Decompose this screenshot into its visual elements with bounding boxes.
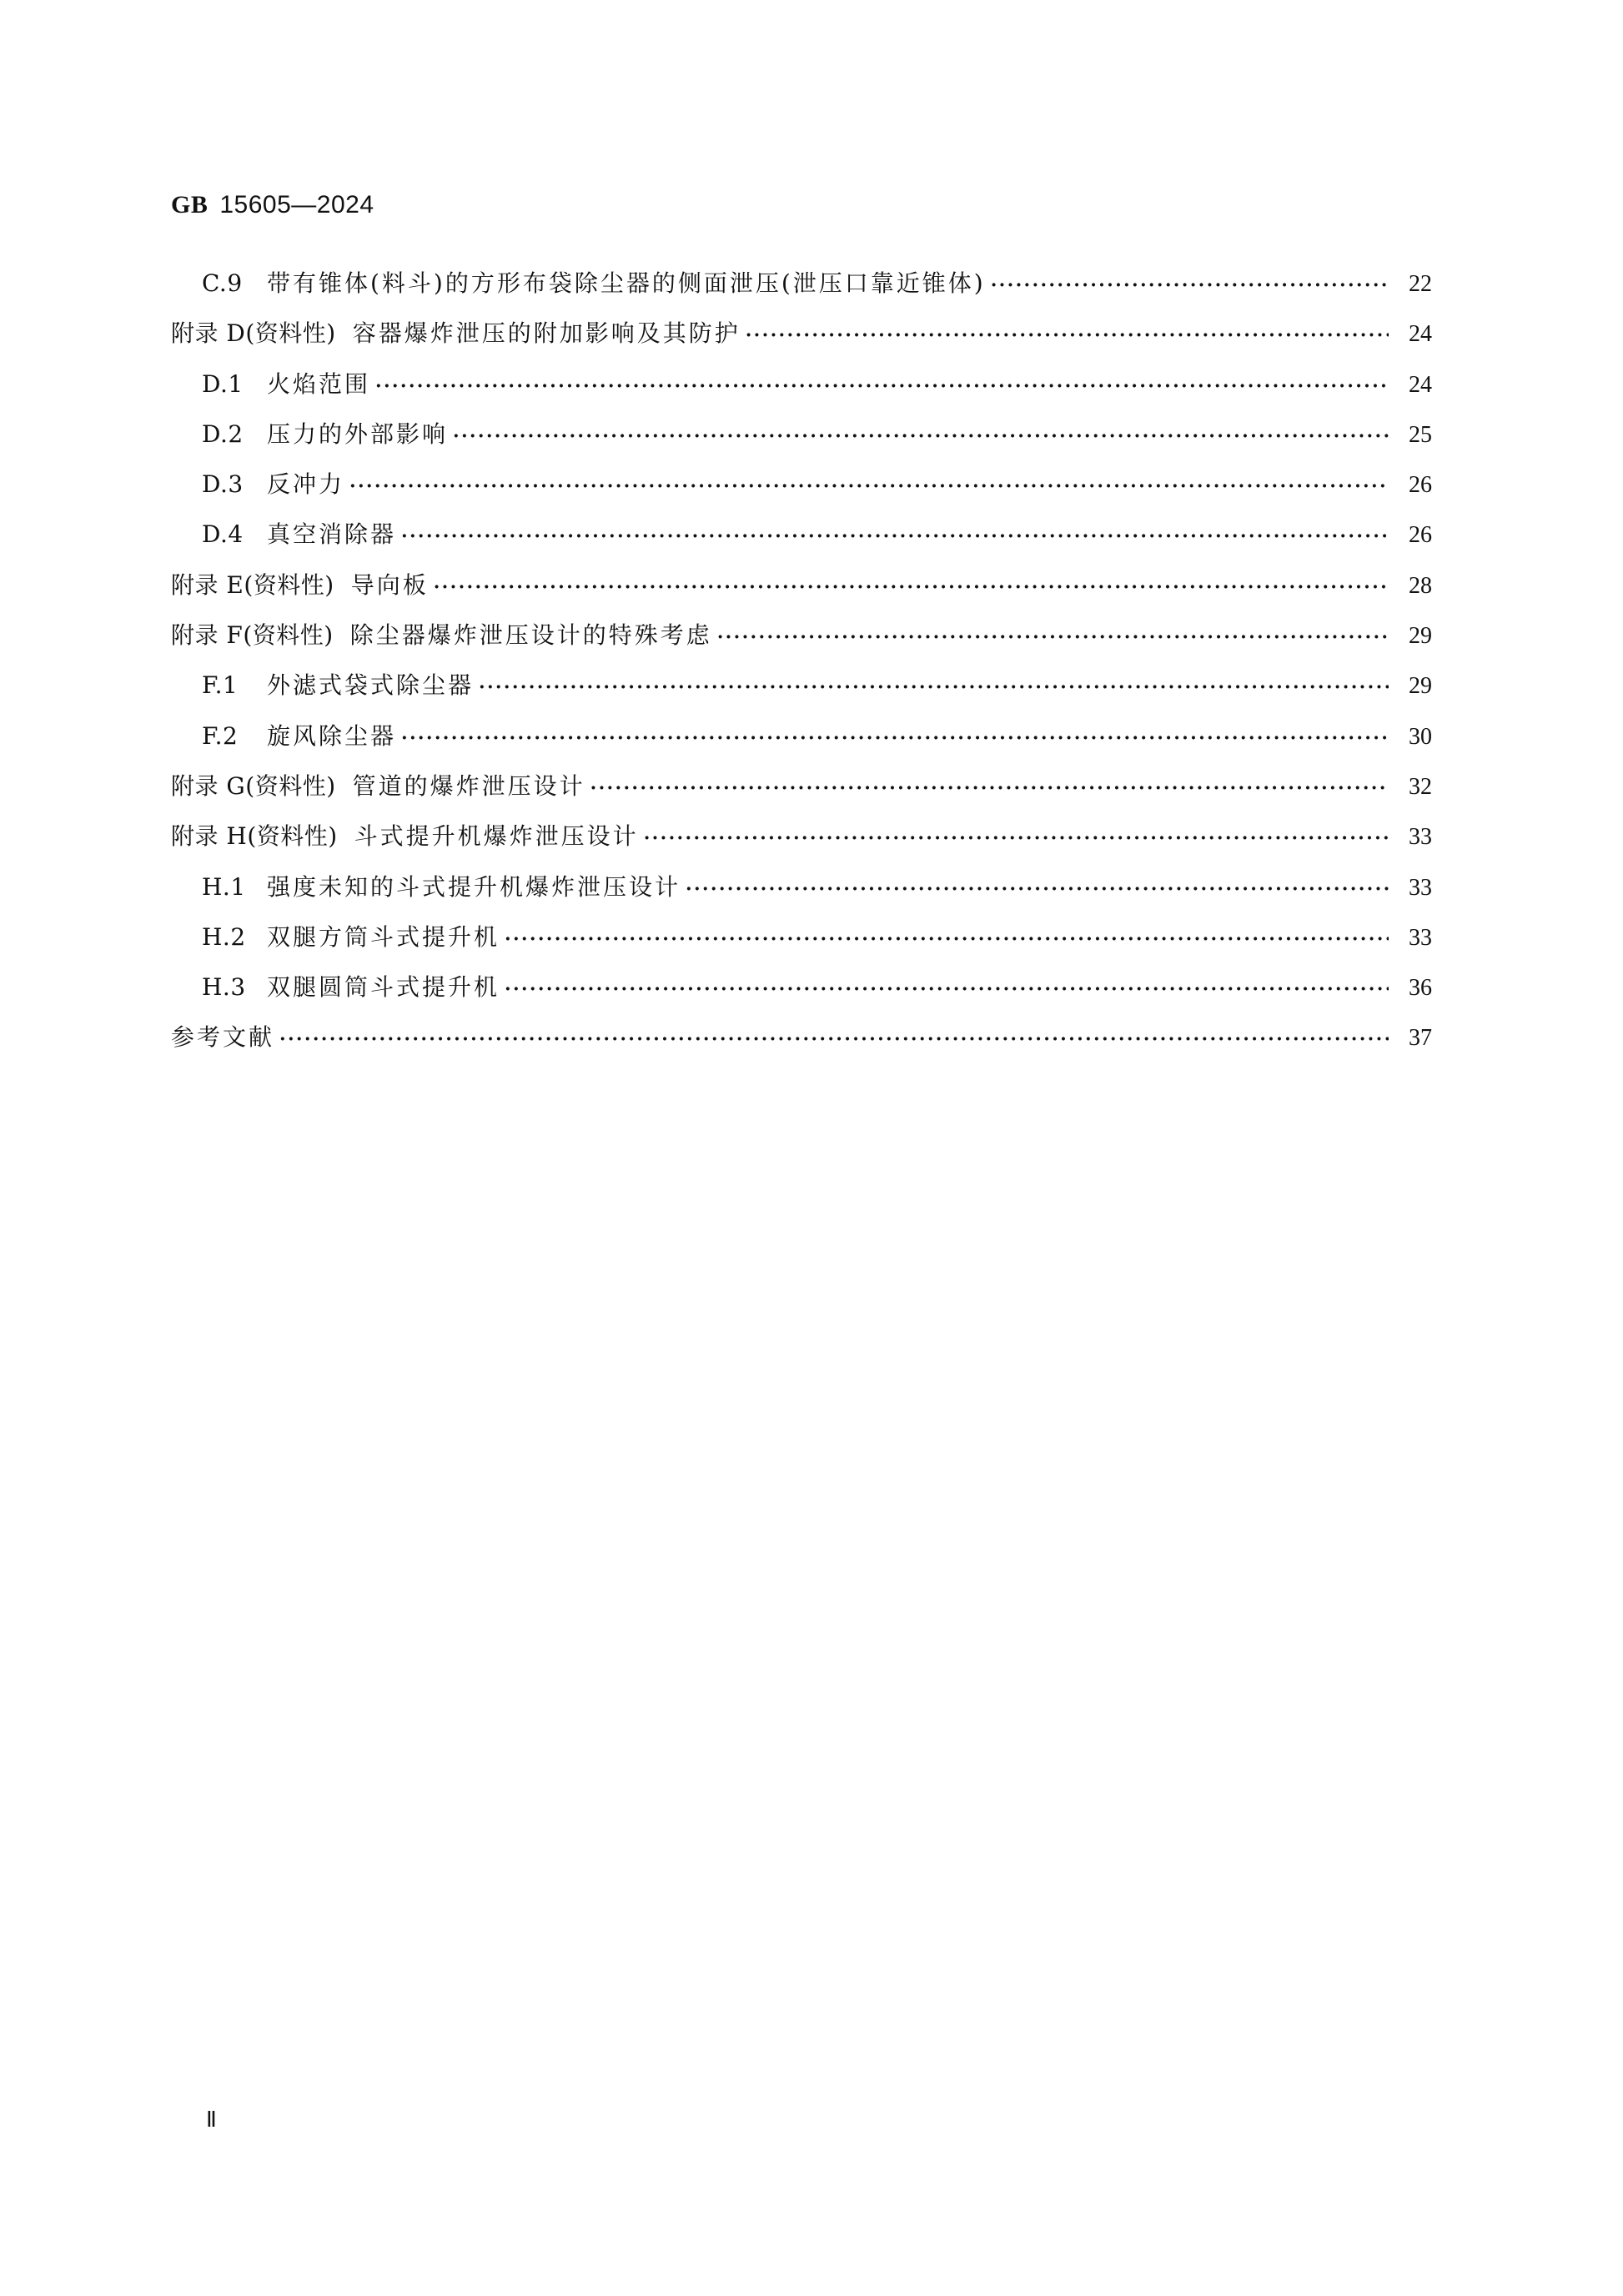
toc-entry-page: 33 (1399, 816, 1432, 858)
toc-entry[interactable]: 附录 D(资料性) 容器爆炸泄压的附加影响及其防护 24 (171, 313, 1432, 363)
toc-entry-page: 24 (1399, 364, 1432, 406)
toc-entry-page: 37 (1399, 1017, 1432, 1059)
toc-entry-title: 双腿圆筒斗式提升机 (267, 967, 500, 1008)
toc-entry-code: H.2 (202, 917, 267, 958)
toc-entry-page: 24 (1399, 314, 1432, 355)
toc-entry-code: 附录 E(资料性) (171, 565, 334, 606)
toc-entry-code: 附录 D(资料性) (171, 313, 336, 354)
standard-number: 15605—2024 (219, 191, 374, 219)
toc-entry[interactable]: 附录 H(资料性) 斗式提升机爆炸泄压设计 33 (171, 816, 1432, 866)
toc-entry-title: 双腿方筒斗式提升机 (267, 917, 500, 958)
dot-leader (401, 717, 1389, 759)
toc-entry-page: 22 (1399, 264, 1432, 305)
dot-leader (479, 666, 1389, 708)
page-number-footer: Ⅱ (206, 2108, 217, 2133)
toc-entry-code: D.3 (202, 464, 267, 505)
dot-leader (644, 817, 1389, 859)
toc-entry-page: 26 (1399, 465, 1432, 506)
toc-entry-code: C.9 (202, 263, 267, 304)
toc-entry-code: D.1 (202, 364, 267, 405)
toc-entry[interactable]: C.9 带有锥体(料斗)的方形布袋除尘器的侧面泄压(泄压口靠近锥体) 22 (171, 263, 1432, 313)
toc-entry-code: H.3 (202, 967, 267, 1008)
dot-leader (590, 767, 1389, 809)
toc-entry-title: 斗式提升机爆炸泄压设计 (354, 816, 639, 857)
toc-entry-code: F.2 (202, 716, 267, 757)
toc-entry-code: 附录 G(资料性) (171, 766, 336, 807)
toc-entry-page: 25 (1399, 414, 1432, 456)
toc-entry[interactable]: H.1 强度未知的斗式提升机爆炸泄压设计 33 (171, 867, 1432, 917)
toc-entry-title: 外滤式袋式除尘器 (267, 665, 474, 706)
toc-entry-page: 26 (1399, 515, 1432, 556)
dot-leader (505, 918, 1389, 960)
toc-entry-code: 附录 H(资料性) (171, 816, 338, 857)
toc-entry-page: 29 (1399, 615, 1432, 657)
toc-entry-code: D.4 (202, 514, 267, 555)
toc-entry-title: 参考文献 (171, 1017, 274, 1058)
toc-entry[interactable]: H.3 双腿圆筒斗式提升机 36 (171, 967, 1432, 1017)
dot-leader (686, 868, 1389, 910)
toc-entry-title: 压力的外部影响 (267, 414, 448, 455)
toc-entry-code: D.2 (202, 414, 267, 455)
toc-entry[interactable]: D.3 反冲力 26 (171, 464, 1432, 514)
dot-leader (746, 314, 1389, 356)
toc-entry-code: F.1 (202, 665, 267, 706)
table-of-contents: C.9 带有锥体(料斗)的方形布袋除尘器的侧面泄压(泄压口靠近锥体) 22 附录… (171, 263, 1432, 1068)
toc-entry-title: 旋风除尘器 (267, 716, 396, 757)
toc-entry-page: 30 (1399, 716, 1432, 758)
toc-entry-page: 29 (1399, 666, 1432, 707)
dot-leader (717, 616, 1389, 658)
toc-entry-page: 28 (1399, 565, 1432, 607)
dot-leader (349, 465, 1389, 507)
toc-entry[interactable]: D.2 压力的外部影响 25 (171, 414, 1432, 464)
toc-entry[interactable]: F.1 外滤式袋式除尘器 29 (171, 665, 1432, 715)
toc-entry-references[interactable]: 参考文献 37 (171, 1017, 1432, 1067)
dot-leader (401, 515, 1389, 557)
toc-entry-page: 33 (1399, 917, 1432, 959)
toc-entry-title: 真空消除器 (267, 514, 396, 555)
toc-entry-title: 管道的爆炸泄压设计 (353, 766, 585, 807)
toc-entry[interactable]: H.2 双腿方筒斗式提升机 33 (171, 917, 1432, 967)
toc-entry[interactable]: D.1 火焰范围 24 (171, 364, 1432, 414)
dot-leader (505, 968, 1389, 1010)
dot-leader (434, 566, 1389, 608)
toc-entry-page: 36 (1399, 967, 1432, 1009)
toc-entry-title: 火焰范围 (267, 364, 370, 405)
dot-leader (453, 415, 1389, 457)
toc-entry-code: 附录 F(资料性) (171, 615, 334, 656)
toc-entry[interactable]: 附录 F(资料性) 除尘器爆炸泄压设计的特殊考虑 29 (171, 615, 1432, 665)
toc-entry-title: 除尘器爆炸泄压设计的特殊考虑 (350, 615, 712, 656)
dot-leader (991, 264, 1389, 306)
toc-entry[interactable]: F.2 旋风除尘器 30 (171, 716, 1432, 766)
toc-entry-code: H.1 (202, 867, 267, 908)
toc-entry-title: 反冲力 (267, 464, 344, 505)
toc-entry[interactable]: D.4 真空消除器 26 (171, 514, 1432, 564)
toc-entry[interactable]: 附录 E(资料性) 导向板 28 (171, 565, 1432, 615)
document-header: GB15605—2024 (171, 190, 374, 219)
standard-prefix: GB (171, 191, 208, 219)
toc-entry-title: 带有锥体(料斗)的方形布袋除尘器的侧面泄压(泄压口靠近锥体) (267, 263, 986, 304)
toc-entry-title: 导向板 (351, 565, 429, 606)
toc-entry-title: 容器爆炸泄压的附加影响及其防护 (353, 313, 741, 354)
toc-entry-page: 32 (1399, 766, 1432, 808)
toc-entry-title: 强度未知的斗式提升机爆炸泄压设计 (267, 867, 681, 908)
toc-entry-page: 33 (1399, 867, 1432, 909)
dot-leader (279, 1018, 1389, 1060)
toc-entry[interactable]: 附录 G(资料性) 管道的爆炸泄压设计 32 (171, 766, 1432, 816)
dot-leader (375, 365, 1389, 407)
